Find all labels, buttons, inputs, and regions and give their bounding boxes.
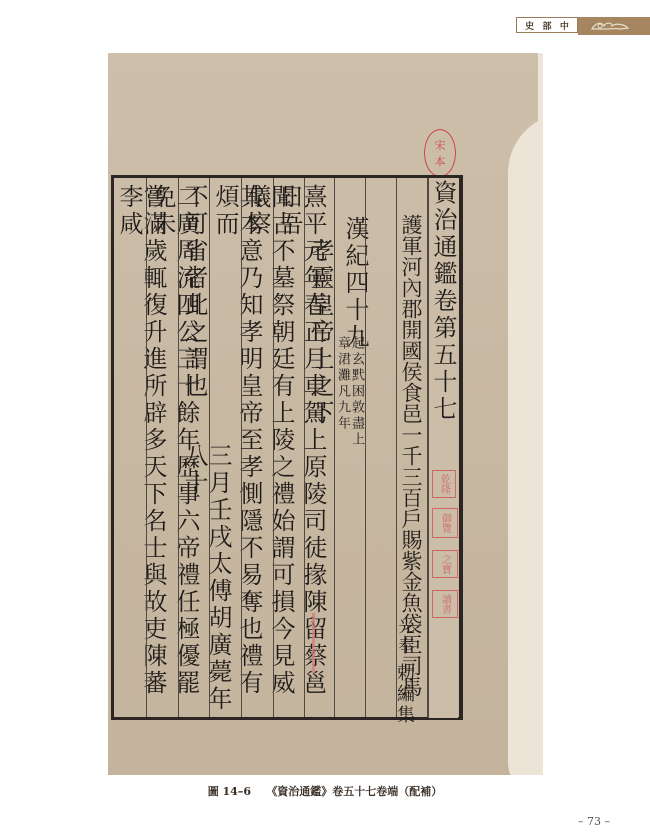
section-char: 部 [542, 19, 551, 32]
red-ink-mark [312, 613, 315, 673]
body-text: 不可省者此之謂也 [182, 184, 206, 400]
text-column: 孝靈皇帝上之下 [304, 178, 334, 717]
seal-text: 之寶 [438, 554, 453, 574]
chapter-subtitle: 孝靈皇帝上之下 [308, 238, 332, 427]
figure-caption: 圖 14–6 《資治通鑑》卷五十七卷端（配補） [0, 783, 650, 799]
author-tail: 勅編集 [395, 663, 413, 726]
text-column: 二廣周流四公三十餘年歷事六帝禮任極優罷免未 [146, 178, 178, 717]
seal-text: 御覽 [438, 513, 453, 533]
seal-char: 宋 [435, 137, 446, 153]
chapter-title: 漢紀四十九 [343, 216, 367, 351]
text-column-blank [365, 178, 396, 717]
section-char: 史 [525, 19, 534, 32]
torn-edge [508, 113, 543, 775]
section-label: 史 部 中 [516, 17, 578, 33]
chapter-note: 起玄黓困敦盡上 [350, 336, 363, 448]
figure-number: 圖 14–6 [208, 785, 251, 798]
section-char: 中 [560, 19, 569, 32]
text-column: 其本意乃知孝明皇帝至孝惻隱不易奪也禮有煩而 [209, 178, 241, 717]
running-header: 史 部 中 [516, 17, 650, 35]
volume-title: 資治通鑑卷第五十七 [431, 180, 455, 423]
text-column: 不可省者此之謂也 三月壬戌太傅胡廣薨年八十 [178, 178, 209, 717]
author-tail: 光奉 [397, 618, 413, 656]
seal: 之寶 [432, 550, 458, 578]
round-seal: 宋 本 [424, 129, 456, 177]
scanned-page-image: 宋 本 嘗滿歲輒復升進所辟多天下名士與故吏陳蕃李咸 二廣周流四公三十餘年歷事六帝… [108, 53, 543, 775]
seal-text: 乾隆 [437, 474, 452, 494]
seal-char: 本 [435, 153, 446, 169]
text-column: 漢紀四十九 起玄黓困敦盡上 章涒灘凡九年 [334, 178, 365, 717]
cloud-ornament-icon [590, 20, 630, 32]
seal-text: 讀書 [438, 594, 453, 614]
page-number: – 73 – [578, 815, 610, 828]
text-column: 熹平元年春正月車駕上原陵司徒掾陳留蔡邕曰吾 [273, 178, 304, 717]
seal: 乾隆 [432, 470, 456, 498]
chapter-note: 章涒灘凡九年 [336, 336, 349, 432]
seal: 御覽 [432, 508, 458, 538]
figure-title: 《資治通鑑》卷五十七卷端（配補） [266, 785, 442, 798]
text-column: 聞古不墓祭朝廷有上陵之禮始謂可損今見威儀察 [241, 178, 273, 717]
text-column: 嘗滿歲輒復升進所辟多天下名士與故吏陳蕃李咸 [114, 178, 146, 717]
header-band [578, 17, 650, 35]
seal: 讀書 [432, 590, 458, 618]
title-column: 資治通鑑卷第五十七 乾隆 御覽 之寶 讀書 [428, 178, 458, 718]
